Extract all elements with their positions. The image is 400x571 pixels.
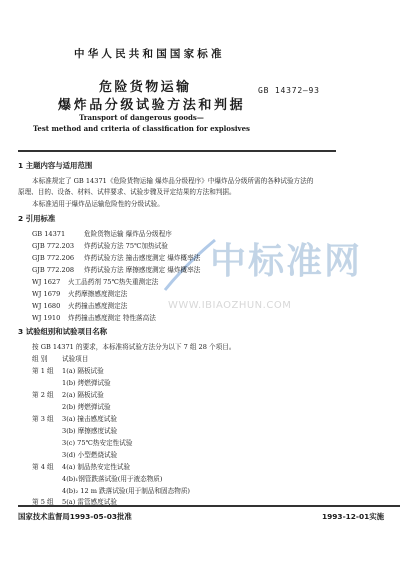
- section-1-para1-line2: 原理、目的、设备、材料、试样要求、试验步骤及评定结果的方法和判据。: [18, 186, 236, 196]
- watermark-text-cn: 中标准网: [210, 233, 362, 284]
- test-item: 4(a) 制品热安定性试验: [62, 463, 130, 471]
- reference-code: GJB 772.208: [32, 266, 84, 274]
- table-row: 2(b) 烤燃弹试验: [32, 401, 111, 411]
- reference-code: GJB 772.203: [32, 242, 84, 250]
- reference-code: WJ 1679: [32, 290, 68, 298]
- table-row: 第 1 组1(a) 隔板试验: [32, 365, 104, 375]
- table-row: 第 2 组2(a) 隔板试验: [32, 389, 104, 399]
- section-2-heading: 2 引用标准: [18, 213, 55, 224]
- national-standard-label: 中华人民共和国国家标准: [74, 46, 225, 61]
- test-item: 2(b) 烤燃弹试验: [62, 403, 111, 411]
- table-row: 3(c) 75℃热安定性试验: [32, 437, 132, 447]
- test-item: 4(b)₂ 12 m 跌落试验(用于制品和固态物质): [62, 487, 190, 495]
- english-title-line1: Transport of dangerous goods—: [0, 113, 283, 122]
- test-item: 3(d) 小型燃烧试验: [62, 451, 117, 459]
- reference-title: 火药摩擦感度测定法: [68, 290, 127, 298]
- reference-item: GJB 772.203炸药试验方法 75℃加热试验: [32, 240, 168, 250]
- reference-item: GJB 772.208炸药试验方法 摩擦感度测定 爆炸概率法: [32, 264, 200, 274]
- column-header-item: 试验项目: [62, 355, 88, 363]
- test-item: 3(c) 75℃热安定性试验: [62, 439, 132, 447]
- test-item: 3(b) 摩擦感度试验: [62, 427, 117, 435]
- table-header: 组 别试验项目: [32, 353, 88, 363]
- effective-date: 1993-12-01实施: [322, 511, 384, 522]
- reference-item: WJ 1680火药撞击感度测定法: [32, 300, 127, 310]
- document-title-line1: 危险货物运输: [99, 76, 191, 95]
- section-1-heading: 1 主题内容与适用范围: [18, 160, 92, 171]
- reference-title: 炸药试验方法 撞击感度测定 爆炸概率法: [84, 254, 200, 262]
- reference-item: GJB 772.206炸药试验方法 撞击感度测定 爆炸概率法: [32, 252, 200, 262]
- table-row: 4(b)₂ 12 m 跌落试验(用于制品和固态物质): [32, 485, 190, 495]
- table-row: 3(d) 小型燃烧试验: [32, 449, 117, 459]
- reference-code: GJB 772.206: [32, 254, 84, 262]
- test-item: 3(a) 撞击感度试验: [62, 415, 117, 423]
- reference-title: 炸药撞击感度测定 特性落高法: [68, 314, 156, 322]
- issued-by-date: 国家技术监督局1993-05-03批准: [18, 511, 132, 522]
- table-row: 第 4 组4(a) 制品热安定性试验: [32, 461, 130, 471]
- header-divider: [18, 150, 336, 152]
- document-title-line2: 爆炸品分级试验方法和判据: [58, 94, 245, 113]
- test-item: 1(a) 隔板试验: [62, 367, 104, 375]
- reference-title: 火工品药剂 75℃热失重测定法: [68, 278, 158, 286]
- reference-title: 火药撞击感度测定法: [68, 302, 127, 310]
- test-item: 1(b) 烤燃弹试验: [62, 379, 111, 387]
- group-label: 第 3 组: [32, 413, 62, 423]
- section-3-intro: 按 GB 14371 的要求，本标准将试验方法分为以下 7 组 28 个项目。: [32, 341, 235, 351]
- reference-item: WJ 1910炸药撞击感度测定 特性落高法: [32, 312, 156, 322]
- section-3-heading: 3 试验组别和试验项目名称: [18, 326, 107, 337]
- group-label: 第 2 组: [32, 389, 62, 399]
- reference-item: WJ 1627火工品药剂 75℃热失重测定法: [32, 276, 158, 286]
- section-1-para2: 本标准适用于爆炸品运输危险性的分级试验。: [32, 198, 164, 208]
- test-item: 4(b)₁钢管跌落试验(用于液态物质): [62, 475, 162, 483]
- watermark-text-en: WWW.IBIAOZHUN.COM: [168, 300, 291, 311]
- table-row: 第 3 组3(a) 撞击感度试验: [32, 413, 117, 423]
- group-label: 第 4 组: [32, 461, 62, 471]
- reference-code: WJ 1680: [32, 302, 68, 310]
- section-1-para1-line1: 本标准规定了 GB 14371《危险货物运输 爆炸品分级程序》中爆炸品分级所需的…: [32, 175, 313, 185]
- reference-item: WJ 1679火药摩擦感度测定法: [32, 288, 127, 298]
- reference-title: 炸药试验方法 75℃加热试验: [84, 242, 168, 250]
- english-title-line2: Test method and criteria of classificati…: [0, 124, 283, 133]
- group-label: 第 1 组: [32, 365, 62, 375]
- reference-code: WJ 1627: [32, 278, 68, 286]
- reference-title: 炸药试验方法 摩擦感度测定 爆炸概率法: [84, 266, 200, 274]
- column-header-group: 组 别: [32, 353, 62, 363]
- standard-code: GB 14372—93: [258, 86, 320, 95]
- reference-code: GB 14371: [32, 230, 84, 238]
- table-row: 1(b) 烤燃弹试验: [32, 377, 111, 387]
- table-row: 4(b)₁钢管跌落试验(用于液态物质): [32, 473, 162, 483]
- footer-divider: [18, 505, 400, 507]
- table-row: 3(b) 摩擦感度试验: [32, 425, 117, 435]
- reference-title: 危险货物运输 爆炸品分级程序: [84, 230, 172, 238]
- test-item: 2(a) 隔板试验: [62, 391, 104, 399]
- reference-item: GB 14371危险货物运输 爆炸品分级程序: [32, 228, 172, 238]
- reference-code: WJ 1910: [32, 314, 68, 322]
